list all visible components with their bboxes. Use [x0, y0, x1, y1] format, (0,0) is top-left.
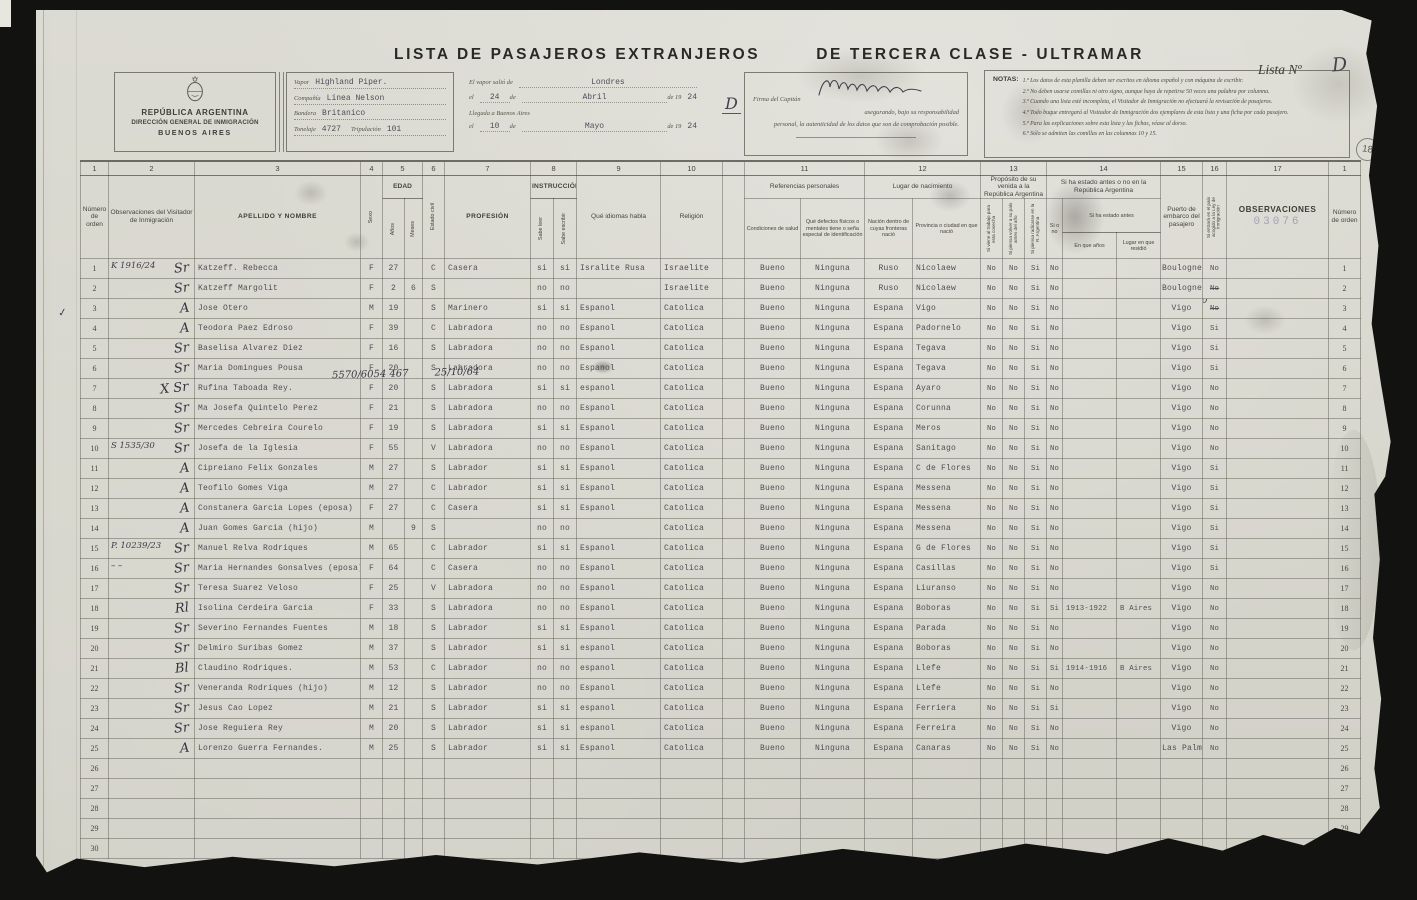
cell-defec: Ninguna: [801, 439, 865, 459]
cell-p1: No: [981, 519, 1003, 539]
cell-nombre: Katzeff. Rebecca: [195, 259, 361, 279]
cell-n: 13: [81, 499, 109, 519]
cell-p3: Si: [1025, 539, 1047, 559]
cell-leer: si: [531, 739, 554, 759]
cell-idioma: Espanol: [577, 319, 661, 339]
cell-anos: 55: [383, 439, 405, 459]
cell-escr: si: [554, 719, 577, 739]
cell-meses: [405, 639, 423, 659]
cell-c16: No: [1203, 639, 1227, 659]
cell-sp: [723, 659, 745, 679]
cell-defec: [801, 839, 865, 859]
cell-p2: [1003, 779, 1025, 799]
cell-n: 6: [81, 359, 109, 379]
cell-p1: No: [981, 659, 1003, 679]
cell-p2: No: [1003, 279, 1025, 299]
cell-prov: Casillas: [913, 559, 981, 579]
cell-prov: Llefe: [913, 679, 981, 699]
cell-n: 15: [81, 539, 109, 559]
cell-defec: Ninguna: [801, 659, 865, 679]
cell-p1: No: [981, 679, 1003, 699]
cell-meses: 6: [405, 279, 423, 299]
cell-p2: [1003, 819, 1025, 839]
cell-nombre: [195, 799, 361, 819]
header-lugar-nacimiento: Lugar de nacimiento: [865, 175, 981, 199]
cell-p2: [1003, 839, 1025, 859]
cell-leer: no: [531, 359, 554, 379]
cell-idioma: Isralite Rusa: [577, 259, 661, 279]
cell-prov: Messena: [913, 519, 981, 539]
cell-sexo: [361, 799, 383, 819]
cell-relig: Catolica: [661, 639, 723, 659]
col-number: 6: [423, 161, 445, 175]
cell-nr: 19: [1329, 619, 1361, 639]
cell-p1: No: [981, 479, 1003, 499]
cell-sp: [723, 839, 745, 859]
cell-nr: 17: [1329, 579, 1361, 599]
header-estado-civil: Estado civil: [423, 175, 445, 259]
cell-prov: Nicolaew: [913, 259, 981, 279]
cell-puerto: Vigo: [1161, 379, 1203, 399]
cell-prof: [445, 839, 531, 859]
cell-p2: No: [1003, 479, 1025, 499]
cell-p1: No: [981, 619, 1003, 639]
cell-obs: Sr: [109, 699, 195, 719]
document-title: LISTA DE PASAJEROS EXTRANJEROS DE TERCER…: [394, 46, 1144, 64]
cell-nr: 9: [1329, 419, 1361, 439]
cell-obs: Sr: [109, 359, 195, 379]
cell-sexo: F: [361, 279, 383, 299]
cell-salud: Bueno: [745, 399, 801, 419]
cell-antes: [1047, 819, 1063, 839]
cell-antes: [1047, 839, 1063, 859]
cell-leer: no: [531, 279, 554, 299]
cell-p1: [981, 839, 1003, 859]
cell-prov: Parada: [913, 619, 981, 639]
cell-relig: Catolica: [661, 659, 723, 679]
cell-salud: Bueno: [745, 459, 801, 479]
cell-nacion: Espana: [865, 379, 913, 399]
cell-anos: 21: [383, 399, 405, 419]
cell-antes: No: [1047, 279, 1063, 299]
cell-salud: Bueno: [745, 559, 801, 579]
cell-o17: [1227, 339, 1329, 359]
cell-prov: [913, 779, 981, 799]
cell-puerto: Vigo: [1161, 659, 1203, 679]
cell-civil: [423, 819, 445, 839]
cell-relig: Catolica: [661, 599, 723, 619]
cell-p2: No: [1003, 639, 1025, 659]
captain-signature: [815, 75, 925, 101]
cell-sp: [723, 259, 745, 279]
cell-obs: Bl: [109, 659, 195, 679]
cell-p2: No: [1003, 319, 1025, 339]
cell-nr: 10: [1329, 439, 1361, 459]
cell-lugar: [1117, 419, 1161, 439]
cell-p2: No: [1003, 619, 1025, 639]
cell-p3: Si: [1025, 399, 1047, 419]
cell-sexo: M: [361, 639, 383, 659]
cell-leer: si: [531, 479, 554, 499]
header-nacion: Nación dentro de cuyas fronteras nació: [865, 199, 913, 259]
bandera-value: Britanico: [322, 109, 365, 118]
cell-p2: [1003, 759, 1025, 779]
cell-c16: [1203, 779, 1227, 799]
col-number: 8: [531, 161, 577, 175]
cell-n: 18: [81, 599, 109, 619]
cell-lugar: [1117, 299, 1161, 319]
cell-defec: Ninguna: [801, 559, 865, 579]
cell-nr: 2: [1329, 279, 1361, 299]
cell-years: [1063, 459, 1117, 479]
passenger-row: 15P. 10239/23SrManuel Relva RodriquesM65…: [81, 539, 1361, 559]
cell-relig: Catolica: [661, 439, 723, 459]
cell-years: [1063, 399, 1117, 419]
cell-p1: No: [981, 559, 1003, 579]
cell-leer: si: [531, 259, 554, 279]
cell-meses: [405, 819, 423, 839]
cell-puerto: Vigo: [1161, 339, 1203, 359]
passenger-row: 11ACipreiano Felix GonzalesM27SLabradors…: [81, 459, 1361, 479]
cell-prof: Casera: [445, 259, 531, 279]
cell-salud: Bueno: [745, 439, 801, 459]
cell-leer: no: [531, 579, 554, 599]
cell-antes: No: [1047, 739, 1063, 759]
cell-p3: Si: [1025, 419, 1047, 439]
col-number: 1: [1329, 161, 1361, 175]
cell-meses: [405, 779, 423, 799]
cell-idioma: Espanol: [577, 619, 661, 639]
cell-meses: [405, 259, 423, 279]
cell-o17: [1227, 659, 1329, 679]
cell-lugar: [1117, 279, 1161, 299]
header-referencias-personales: Referencias personales: [745, 175, 865, 199]
tripulacion-value: 101: [387, 125, 401, 134]
cell-n: 9: [81, 419, 109, 439]
header-proposito-3: Si piensa radicarse en la R. Argentina: [1025, 199, 1047, 259]
cell-sp: [723, 479, 745, 499]
llegada-dia: 10: [480, 122, 510, 132]
compania-label: Compañía: [294, 95, 321, 102]
passenger-row: 5SrBaselisa Alvarez DiezF16SLabradoranon…: [81, 339, 1361, 359]
cell-lugar: [1117, 839, 1161, 859]
cell-nr: 8: [1329, 399, 1361, 419]
header-sexo: Sexo: [361, 175, 383, 259]
cell-n: 12: [81, 479, 109, 499]
cell-anos: 19: [383, 419, 405, 439]
cell-anos: [383, 819, 405, 839]
cell-o17: [1227, 719, 1329, 739]
cell-leer: no: [531, 339, 554, 359]
cell-p3: [1025, 839, 1047, 859]
header-meses: Meses: [405, 199, 423, 259]
passenger-row: 22SrVeneranda Rodriques (hijo)M12SLabrad…: [81, 679, 1361, 699]
cell-c16: Si: [1203, 539, 1227, 559]
nota-item: 2.ª No deben usarse comillas ni otro sig…: [1023, 87, 1289, 98]
cell-years: [1063, 719, 1117, 739]
de19-label: de 19: [667, 94, 681, 101]
cell-nr: 26: [1329, 759, 1361, 779]
passenger-row: 10S 1535/30SrJosefa de la IglesiaF55VLab…: [81, 439, 1361, 459]
cell-relig: Catolica: [661, 359, 723, 379]
cell-nacion: Espana: [865, 539, 913, 559]
cell-meses: [405, 379, 423, 399]
cell-salud: Bueno: [745, 319, 801, 339]
header-apellido-nombre: APELLIDO Y NOMBRE: [195, 175, 361, 259]
cell-p2: No: [1003, 659, 1025, 679]
cell-prov: Vigo: [913, 299, 981, 319]
cell-lugar: [1117, 619, 1161, 639]
cell-years: [1063, 379, 1117, 399]
cell-lugar: [1117, 779, 1161, 799]
cell-prof: [445, 759, 531, 779]
cell-salud: [745, 759, 801, 779]
cell-puerto: Vigo: [1161, 699, 1203, 719]
cell-nombre: Veneranda Rodriques (hijo): [195, 679, 361, 699]
cell-escr: no: [554, 559, 577, 579]
cell-leer: no: [531, 439, 554, 459]
cell-leer: si: [531, 699, 554, 719]
cell-nr: 3: [1329, 299, 1361, 319]
cell-prov: Ayaro: [913, 379, 981, 399]
passenger-row: 24SrJose Reguiera ReyM20SLabradorsisiesp…: [81, 719, 1361, 739]
cell-antes: No: [1047, 479, 1063, 499]
cell-p3: Si: [1025, 499, 1047, 519]
cell-civil: [423, 779, 445, 799]
cell-obs: Sr: [109, 399, 195, 419]
cell-salud: Bueno: [745, 579, 801, 599]
cell-prof: [445, 279, 531, 299]
cell-sp: [723, 699, 745, 719]
cell-idioma: Espanol: [577, 679, 661, 699]
cell-nr: 18: [1329, 599, 1361, 619]
header-observaciones-visitador: Observaciones del Visitador de Inmigraci…: [109, 175, 195, 259]
signature-rule: [796, 137, 916, 138]
cell-puerto: [1161, 779, 1203, 799]
cell-lugar: [1117, 319, 1161, 339]
nota-item: 1.ª Los datos de esta planilla deben ser…: [1023, 76, 1289, 87]
cell-idioma: [577, 279, 661, 299]
el-label: el: [469, 94, 474, 101]
cell-prof: Labrador: [445, 659, 531, 679]
cell-p2: No: [1003, 259, 1025, 279]
cell-defec: Ninguna: [801, 359, 865, 379]
cell-o17: [1227, 559, 1329, 579]
cell-obs: [109, 819, 195, 839]
cell-sp: [723, 819, 745, 839]
cell-nr: 23: [1329, 699, 1361, 719]
cell-meses: [405, 499, 423, 519]
cell-antes: No: [1047, 419, 1063, 439]
passenger-row: 18RlIsolina Cerdeira GarciaF33SLabradora…: [81, 599, 1361, 619]
cell-civil: C: [423, 539, 445, 559]
passenger-row: 8SrMa Josefa Quintelo PerezF21SLabradora…: [81, 399, 1361, 419]
cell-obs: A: [109, 299, 195, 319]
cell-p2: No: [1003, 599, 1025, 619]
cell-prof: Casera: [445, 499, 531, 519]
title-right: DE TERCERA CLASE - ULTRAMAR: [816, 46, 1144, 64]
cell-puerto: [1161, 799, 1203, 819]
cell-anos: 65: [383, 539, 405, 559]
cell-antes: No: [1047, 639, 1063, 659]
header-si-o-no: Si o no: [1047, 199, 1063, 259]
compania-value: Línea Nelson: [327, 94, 385, 103]
cell-nacion: Espana: [865, 719, 913, 739]
cell-relig: [661, 799, 723, 819]
cell-antes: No: [1047, 499, 1063, 519]
cell-sp: [723, 619, 745, 639]
cell-sexo: F: [361, 559, 383, 579]
cell-prof: [445, 779, 531, 799]
cell-escr: no: [554, 399, 577, 419]
cell-p1: No: [981, 719, 1003, 739]
cell-anos: 27: [383, 479, 405, 499]
cell-defec: Ninguna: [801, 459, 865, 479]
cell-puerto: Vigo: [1161, 479, 1203, 499]
cell-salud: Bueno: [745, 599, 801, 619]
cell-prov: Ferriera: [913, 699, 981, 719]
cell-leer: no: [531, 559, 554, 579]
cell-prof: Labradora: [445, 319, 531, 339]
cell-defec: Ninguna: [801, 319, 865, 339]
cell-idioma: Espanol: [577, 299, 661, 319]
cell-nombre: [195, 819, 361, 839]
cell-nr: 21: [1329, 659, 1361, 679]
cell-obs: S 1535/30Sr: [109, 439, 195, 459]
llegada-label: Llegada a Buenos Aires: [469, 110, 530, 117]
cell-leer: [531, 819, 554, 839]
header-estado-antes: Si ha estado antes o no en la República …: [1047, 175, 1161, 199]
cell-nombre: Mercedes Cebreira Courelo: [195, 419, 361, 439]
cell-meses: [405, 459, 423, 479]
tripulacion-label: Tripulación: [351, 126, 381, 133]
cell-sexo: M: [361, 519, 383, 539]
cell-sp: [723, 459, 745, 479]
cell-escr: si: [554, 459, 577, 479]
passenger-row: 16– –SrMaria Hernandes Gonsalves (eposa)…: [81, 559, 1361, 579]
cell-years: [1063, 679, 1117, 699]
cell-escr: no: [554, 359, 577, 379]
cell-leer: si: [531, 619, 554, 639]
cell-prof: Marinero: [445, 299, 531, 319]
cell-p3: Si: [1025, 679, 1047, 699]
cell-obs: Sr: [109, 679, 195, 699]
cell-leer: [531, 799, 554, 819]
vapor-value: Highland Piper.: [315, 78, 387, 87]
cell-meses: [405, 759, 423, 779]
cell-p3: Si: [1025, 579, 1047, 599]
cell-c16: No: [1203, 439, 1227, 459]
cell-lugar: [1117, 379, 1161, 399]
cell-p1: No: [981, 359, 1003, 379]
cell-p1: [981, 759, 1003, 779]
cell-nacion: Espana: [865, 639, 913, 659]
cell-prov: Meros: [913, 419, 981, 439]
cell-prof: Labrador: [445, 739, 531, 759]
cell-salud: [745, 839, 801, 859]
cell-p3: Si: [1025, 279, 1047, 299]
passenger-table: 1 2 3 4 5 6 7 8 9 10 11 12 13 14 15 16 1…: [80, 160, 1361, 859]
cell-nombre: [195, 839, 361, 859]
cell-anos: 21: [383, 699, 405, 719]
cell-nombre: Constanera Garcia Lopes (eposa): [195, 499, 361, 519]
passenger-row: 1K 1916/24SrKatzeff. RebeccaF27CCaserasi…: [81, 259, 1361, 279]
firma-capitan-label: Firma del Capitán: [753, 96, 801, 103]
cell-meses: [405, 399, 423, 419]
table-header: 1 2 3 4 5 6 7 8 9 10 11 12 13 14 15 16 1…: [81, 161, 1361, 259]
box-separator: [279, 72, 284, 152]
cell-antes: No: [1047, 539, 1063, 559]
cell-nombre: [195, 759, 361, 779]
cell-c16: Si: [1203, 479, 1227, 499]
cell-prof: Labrador: [445, 539, 531, 559]
cell-civil: S: [423, 339, 445, 359]
cell-salud: Bueno: [745, 299, 801, 319]
cell-nr: 14: [1329, 519, 1361, 539]
cell-civil: S: [423, 699, 445, 719]
col-number: 10: [661, 161, 723, 175]
col-number: 4: [361, 161, 383, 175]
cell-puerto: Boulogne: [1161, 279, 1203, 299]
cell-defec: Ninguna: [801, 299, 865, 319]
cell-salud: Bueno: [745, 279, 801, 299]
cell-o17: [1227, 619, 1329, 639]
cell-o17: [1227, 759, 1329, 779]
cell-p1: [981, 779, 1003, 799]
cell-nr: 15: [1329, 539, 1361, 559]
cell-civil: S: [423, 399, 445, 419]
cell-p1: No: [981, 399, 1003, 419]
cell-leer: si: [531, 539, 554, 559]
cell-antes: [1047, 799, 1063, 819]
cell-lugar: [1117, 759, 1161, 779]
cell-obs: Sr: [109, 339, 195, 359]
cell-relig: [661, 759, 723, 779]
cell-defec: Ninguna: [801, 579, 865, 599]
cell-o17: [1227, 539, 1329, 559]
cell-anos: [383, 799, 405, 819]
cell-n: 16: [81, 559, 109, 579]
cell-civil: S: [423, 599, 445, 619]
cell-relig: [661, 839, 723, 859]
header-defectos: Qué defectos físicos o mentales tiene o …: [801, 199, 865, 259]
cell-prof: Labradora: [445, 379, 531, 399]
cell-leer: si: [531, 459, 554, 479]
cell-p1: No: [981, 299, 1003, 319]
header-si-ha-estado: Si ha estado antes: [1063, 199, 1161, 233]
org-country: REPÚBLICA ARGENTINA: [115, 108, 275, 117]
cell-p1: No: [981, 379, 1003, 399]
cell-meses: [405, 719, 423, 739]
cell-idioma: Espanol: [577, 559, 661, 579]
cell-defec: Ninguna: [801, 679, 865, 699]
cell-n: 8: [81, 399, 109, 419]
cell-nr: 7: [1329, 379, 1361, 399]
cell-salud: Bueno: [745, 499, 801, 519]
cell-o17: [1227, 299, 1329, 319]
cell-lugar: [1117, 459, 1161, 479]
cell-salud: Bueno: [745, 479, 801, 499]
cell-sexo: M: [361, 299, 383, 319]
cell-years: [1063, 619, 1117, 639]
row7-hand-numbers: 5570/6054 467: [332, 368, 409, 381]
cell-lugar: [1117, 579, 1161, 599]
cell-prov: C de Flores: [913, 459, 981, 479]
cell-years: [1063, 839, 1117, 859]
cell-antes: No: [1047, 439, 1063, 459]
cell-civil: S: [423, 299, 445, 319]
cell-antes: No: [1047, 399, 1063, 419]
